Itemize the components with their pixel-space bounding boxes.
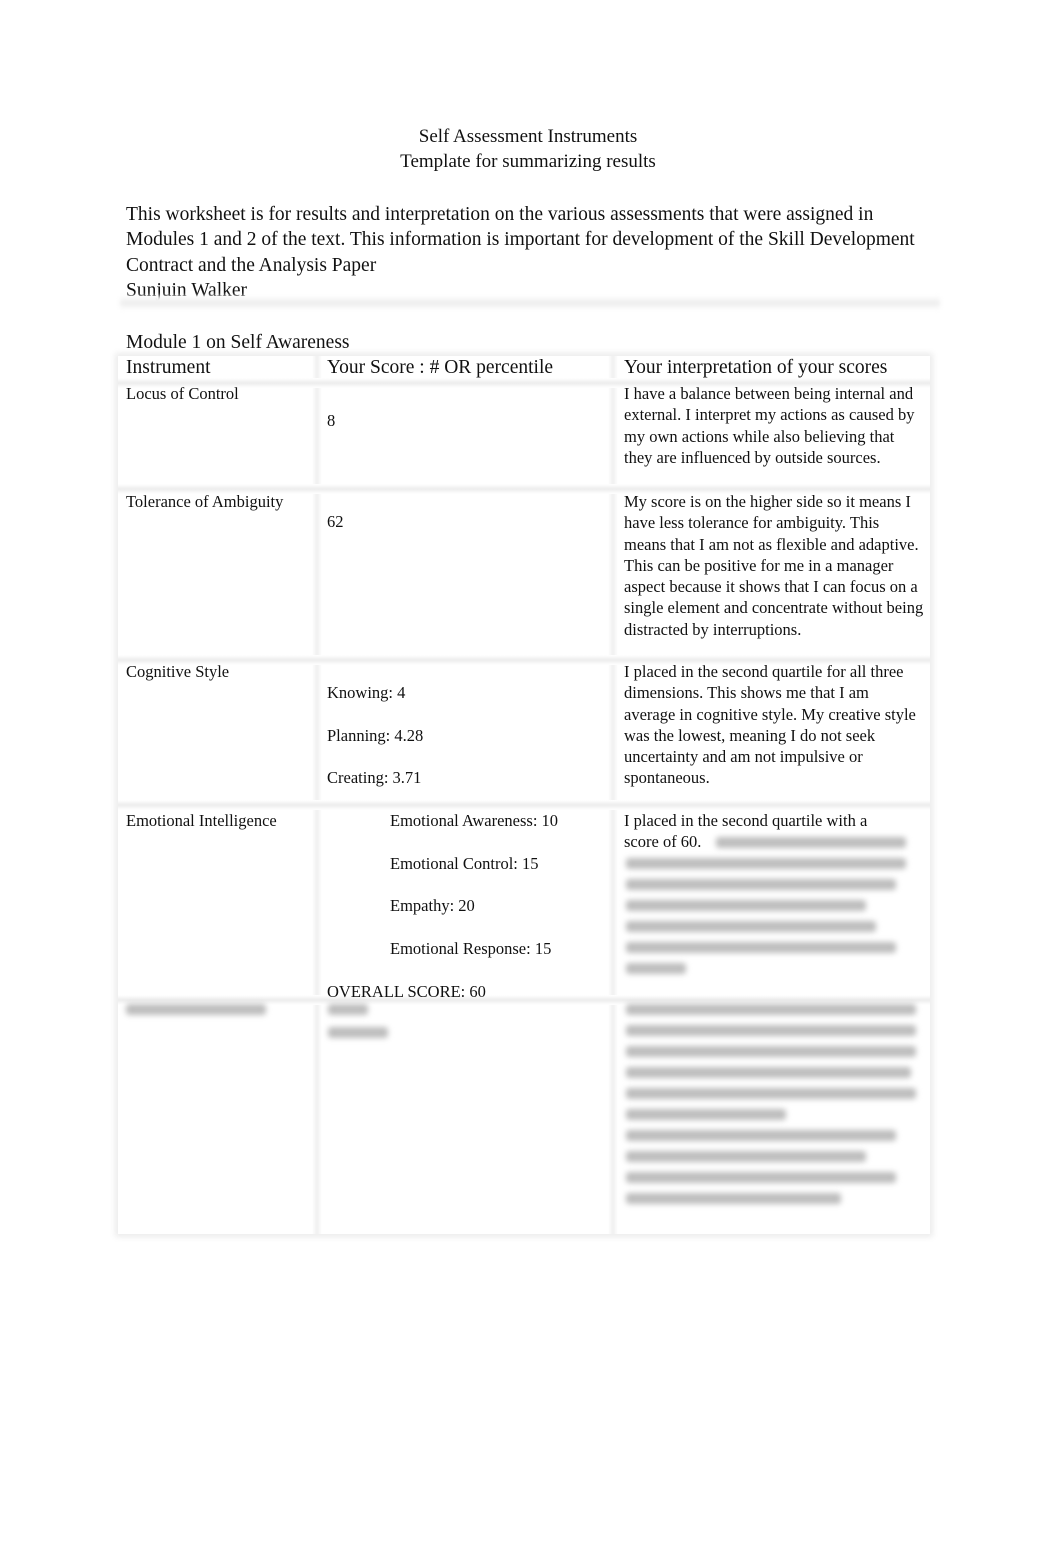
row-score: Creating: 3.71: [327, 767, 607, 788]
row-divider: [118, 800, 930, 810]
row-interpretation: I placed in the second quartile for all …: [624, 661, 924, 789]
header-interpretation: Your interpretation of your scores: [624, 357, 924, 379]
row-instrument: Locus of Control: [126, 383, 311, 404]
row-score: Emotional Awareness: 10: [390, 810, 558, 831]
header-score: Your Score : # OR percentile: [327, 357, 607, 379]
row-score: Empathy: 20: [390, 895, 475, 916]
document-subtitle: Template for summarizing results: [0, 151, 1056, 173]
document-title: Self Assessment Instruments: [0, 126, 1056, 148]
intro-block: This worksheet is for results and interp…: [126, 202, 916, 303]
header-instrument: Instrument: [126, 357, 311, 379]
row-instrument: Cognitive Style: [126, 661, 311, 682]
row-score: Emotional Response: 15: [390, 938, 551, 959]
row-score: 62: [327, 511, 607, 532]
row-instrument: Emotional Intelligence: [126, 810, 311, 831]
overall-score: OVERALL SCORE: 60: [327, 981, 607, 1002]
row-interpretation: I have a balance between being internal …: [624, 383, 924, 468]
row-interpretation: My score is on the higher side so it mea…: [624, 491, 924, 640]
intro-paragraph: This worksheet is for results and interp…: [126, 202, 916, 278]
divider: [120, 296, 940, 310]
row-score: Emotional Control: 15: [390, 853, 539, 874]
row-instrument: Tolerance of Ambiguity: [126, 491, 311, 512]
row-score: Knowing: 4: [327, 682, 607, 703]
row-score: 8: [327, 410, 607, 431]
row-score: Planning: 4.28: [327, 725, 607, 746]
module-heading: Module 1 on Self Awareness: [126, 332, 350, 354]
